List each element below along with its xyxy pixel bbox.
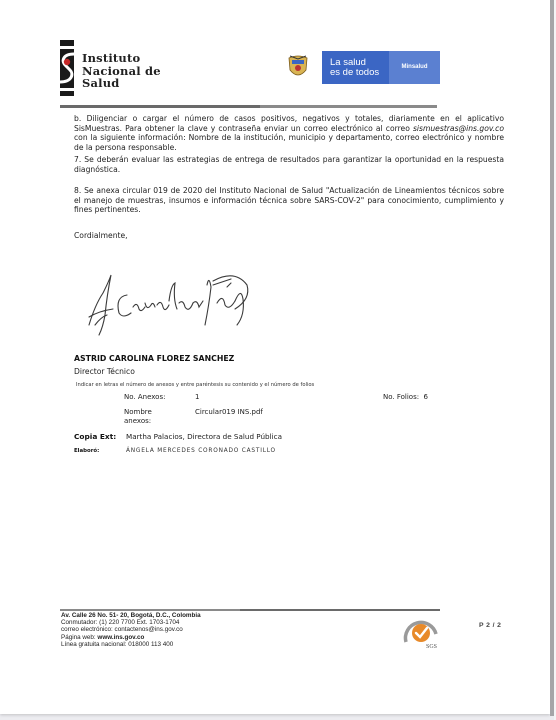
paragraph-8: 8. Se anexa circular 019 de 2020 del Ins… xyxy=(74,186,504,215)
slogan-line-2: es de todos xyxy=(330,68,389,78)
footer-address: Av. Calle 26 No. 51- 20, Bogotá, D.C., C… xyxy=(61,612,201,619)
signer-name: ASTRID CAROLINA FLOREZ SANCHEZ xyxy=(74,354,234,363)
minsalud-slogan: La salud es de todos xyxy=(322,51,389,84)
ins-logo: Instituto Nacional de Salud xyxy=(60,40,180,96)
anexos-label: No. Anexos: xyxy=(124,393,165,401)
logo-line-3: Salud xyxy=(82,76,120,90)
handwritten-signature xyxy=(85,265,255,345)
ins-logo-text: Instituto Nacional de Salud xyxy=(82,53,161,91)
copia-ext-label: Copia Ext: xyxy=(74,432,116,441)
page-number: P 2 / 2 xyxy=(479,622,501,629)
paragraph-b-suffix: con la siguiente información: Nombre de … xyxy=(74,133,504,152)
sismuestras-email-link[interactable]: sismuestras@ins.gov.co xyxy=(413,124,504,133)
nombre-anexos-label: Nombre anexos: xyxy=(124,408,152,426)
footer-hotline: Línea gratuita nacional: 018000 113 400 xyxy=(61,641,201,648)
footer-email: correo electrónico: contactenos@ins.gov.… xyxy=(61,626,201,633)
elaboro-value: ÁNGELA MERCEDES CORONADO CASTILLO xyxy=(126,448,276,454)
paragraph-b: b. Diligenciar o cargar el número de cas… xyxy=(74,114,504,152)
sgs-certification-icon: SGS xyxy=(400,612,442,650)
footer-phone: Conmutador: (1) 220 7700 Ext. 1703-1704 xyxy=(61,619,201,626)
nombre-label-line-1: Nombre xyxy=(124,408,152,417)
footer-web-label: Página web: xyxy=(61,634,97,641)
paragraph-7: 7. Se deberán evaluar las estrategias de… xyxy=(74,155,504,174)
footer-web-link[interactable]: www.ins.gov.co xyxy=(97,634,144,641)
minsalud-label: Minsalud xyxy=(389,51,440,84)
elaboro-label: Elaboró: xyxy=(74,448,99,454)
colombia-coat-of-arms-icon xyxy=(287,54,309,80)
footer-contact: Av. Calle 26 No. 51- 20, Bogotá, D.C., C… xyxy=(61,612,201,648)
signer-title: Director Técnico xyxy=(74,367,135,376)
minsalud-logo: La salud es de todos Minsalud xyxy=(285,51,440,84)
svg-text:SGS: SGS xyxy=(426,644,437,650)
ins-logo-mark-icon xyxy=(60,40,74,96)
folios-count: No. Folios: 6 xyxy=(383,393,428,401)
document-page: Instituto Nacional de Salud La salud es … xyxy=(0,0,550,714)
nombre-label-line-2: anexos: xyxy=(124,417,152,426)
header-divider xyxy=(60,105,437,108)
footer-divider xyxy=(60,609,440,611)
nombre-anexos-value: Circular019 INS.pdf xyxy=(195,408,263,416)
copia-ext-value: Martha Palacios, Directora de Salud Públ… xyxy=(126,432,282,441)
anexos-value: 1 xyxy=(195,393,199,401)
closing-salutation: Cordialmente, xyxy=(74,231,128,240)
annex-instruction: Indicar en letras el número de anexos y … xyxy=(76,382,314,388)
